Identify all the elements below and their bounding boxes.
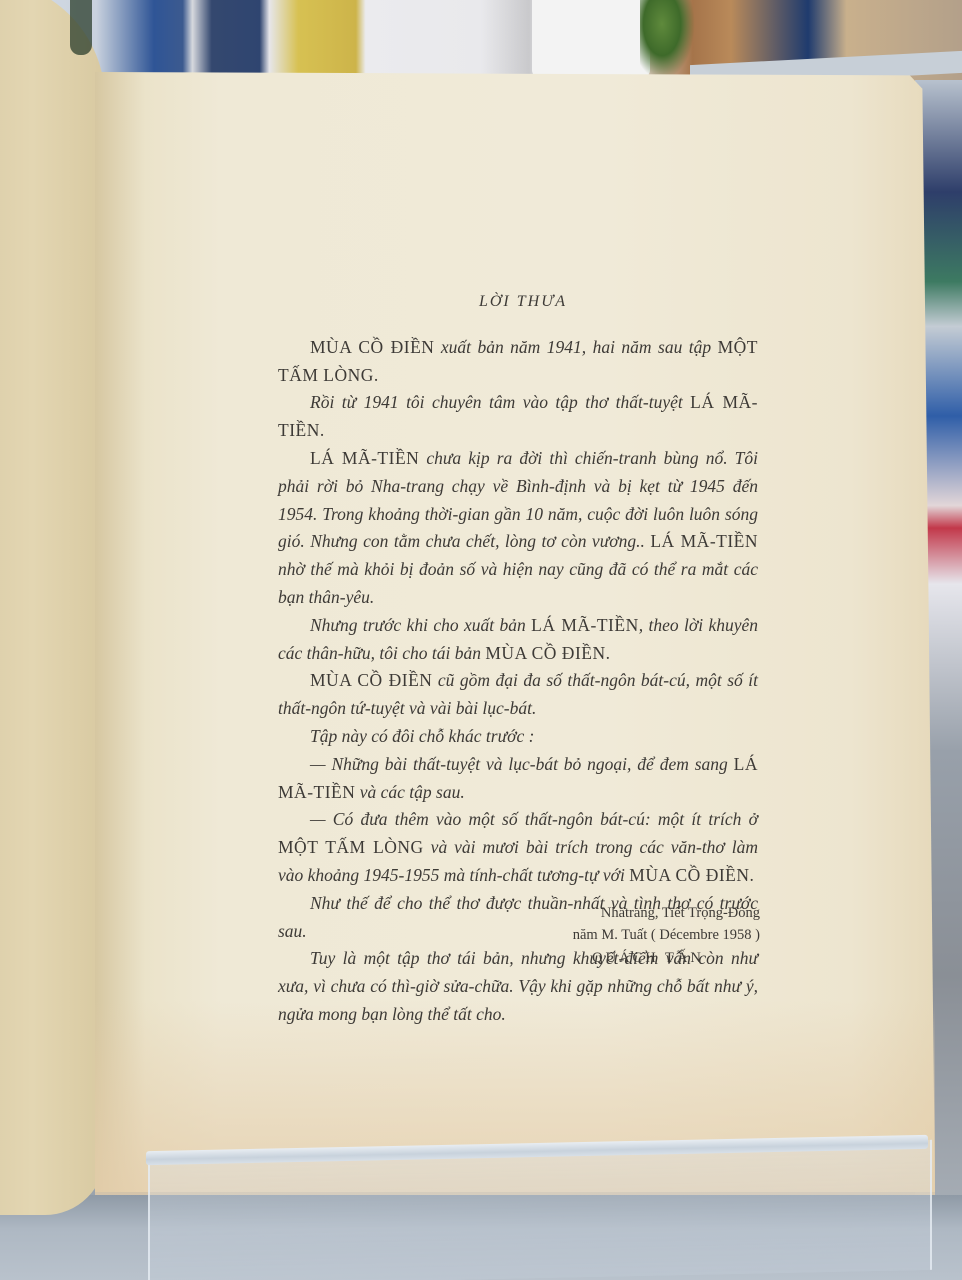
book-title-text: LÁ MÃ-TIỀN [310,448,419,468]
preface-paragraph: LÁ MÃ-TIỀN chưa kịp ra đời thì chiến-tra… [278,445,758,612]
preface-paragraph: — Có đưa thêm vào một số thất-ngôn bát-c… [278,806,758,889]
page-title: LỜI THƯA [278,288,758,316]
body-text: nhờ thế mà khỏi bị đoản số và hiện nay c… [278,559,758,607]
preface-paragraph: Rồi từ 1941 tôi chuyên tâm vào tập thơ t… [278,389,758,445]
preface-paragraph: MÙA CỒ ĐIỀN cũ gồm đại đa số thất-ngôn b… [278,667,758,723]
signature-date: năm M. Tuất ( Décembre 1958 ) [528,924,768,946]
plant-pot [532,0,650,78]
preface-paragraph: Tập này có đôi chỗ khác trước : [278,723,758,751]
book-title-text: MÙA CỒ ĐIỀN. [629,865,754,885]
body-text: Rồi từ 1941 tôi chuyên tâm vào tập thơ t… [310,392,690,412]
book-title-text: MÙA CỒ ĐIỀN [310,670,432,690]
body-text: Nhưng trước khi cho xuất bản [310,615,531,635]
left-page [0,0,105,1215]
preface-paragraph: Nhưng trước khi cho xuất bản LÁ MÃ-TIỀN,… [278,612,758,668]
plant-leaves [640,0,695,80]
book-title-text: MÙA CỒ ĐIỀN. [485,643,610,663]
signature-place: Nhatrang, Tiết Trọng-Đông [528,902,768,924]
book-title-text: LÁ MÃ-TIỀN [531,615,639,635]
body-text: Tập này có đôi chỗ khác trước : [310,726,534,746]
book-title-text: LÁ MÃ-TIỀN [650,531,758,551]
preface-paragraph: MÙA CỒ ĐIỀN xuất bản năm 1941, hai năm s… [278,334,758,390]
preface-paragraph: — Những bài thất-tuyệt và lục-bát bỏ ngo… [278,751,758,807]
signature-author: QUÁCH TẤN [528,947,768,969]
body-text: — Có đưa thêm vào một số thất-ngôn bát-c… [310,809,758,829]
body-text: — Những bài thất-tuyệt và lục-bát bỏ ngo… [310,754,734,774]
book-title-text: MÙA CỒ ĐIỀN [310,337,434,357]
body-text: xuất bản năm 1941, hai năm sau tập [434,337,717,357]
body-text: và các tập sau. [355,782,464,802]
book-title-text: MỘT TẤM LÒNG [278,837,424,857]
plant-stem [70,0,92,55]
signature-block: Nhatrang, Tiết Trọng-Đông năm M. Tuất ( … [528,902,768,969]
